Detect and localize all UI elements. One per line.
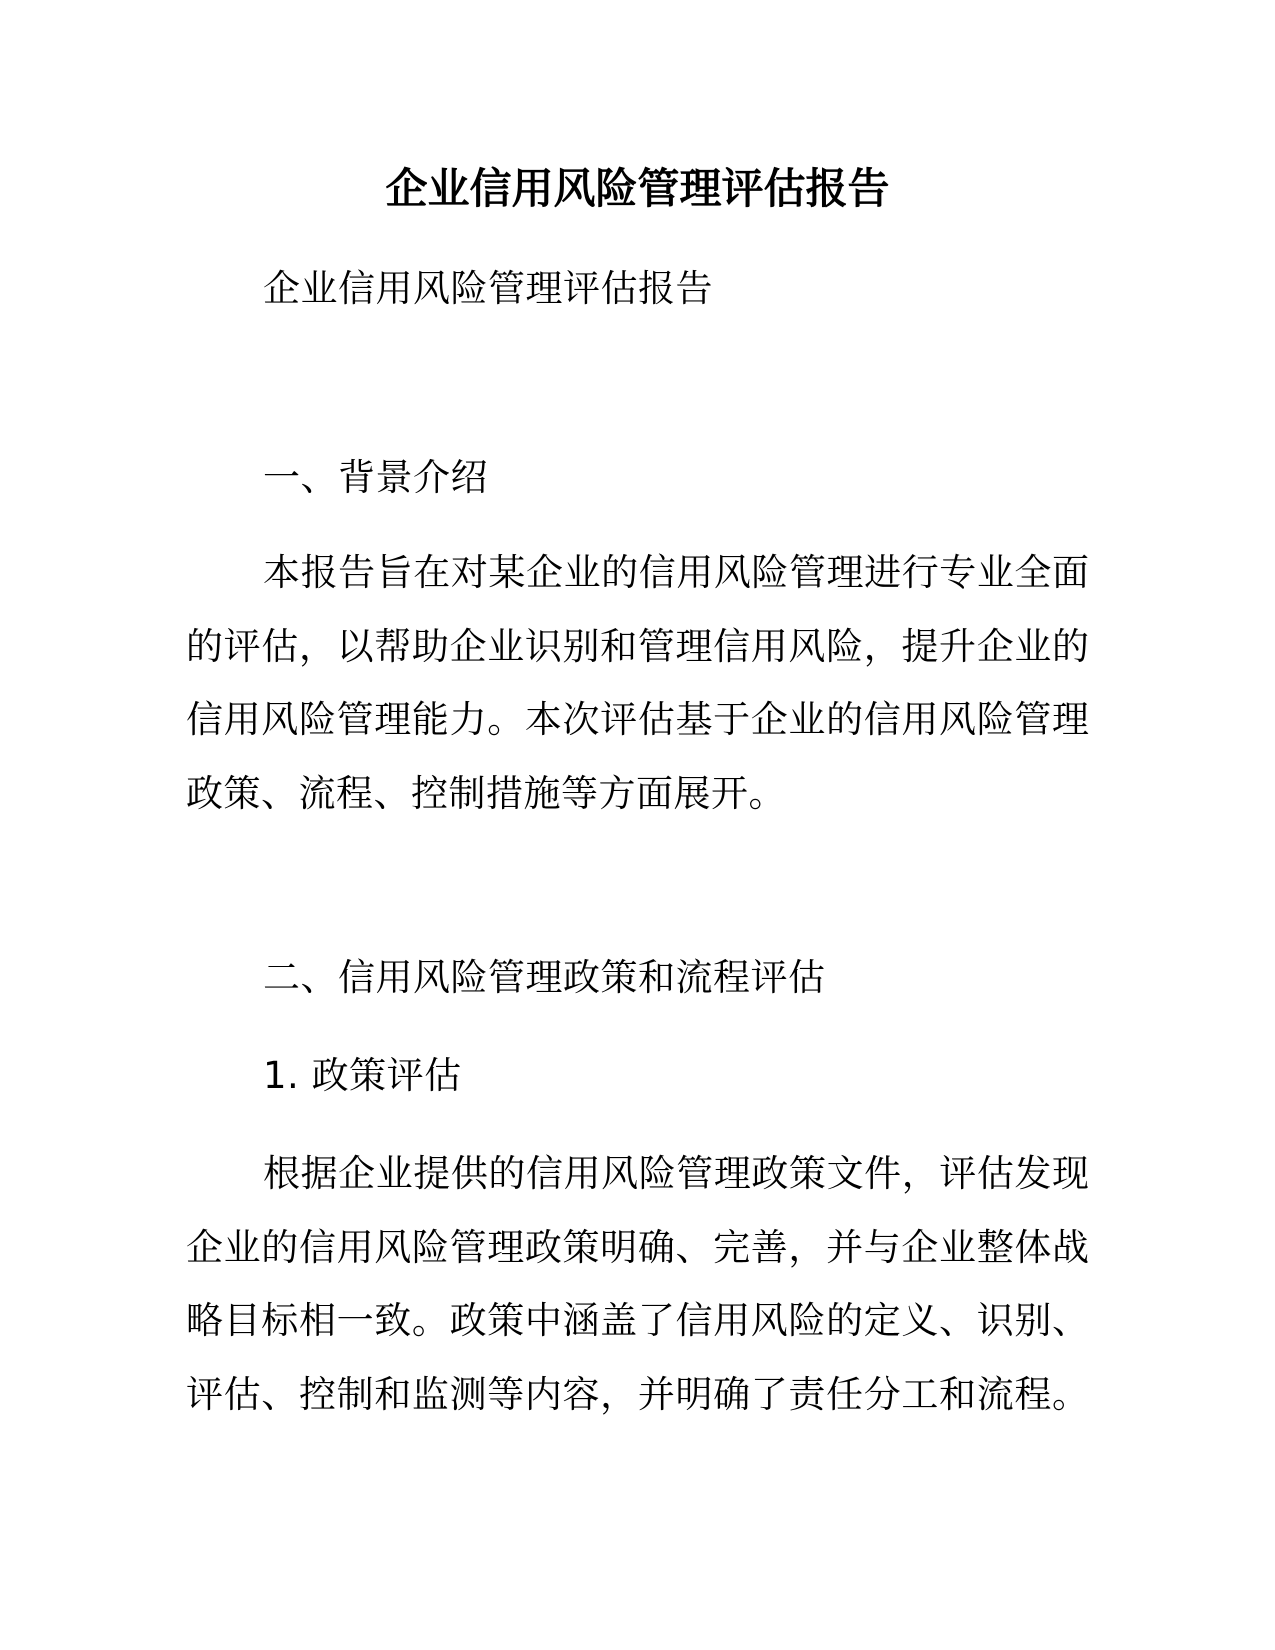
paragraph-line: 企业的信用风险管理政策明确、完善，并与企业整体战 — [186, 1211, 1089, 1285]
section-1-heading-block: 一、背景介绍 — [186, 441, 1089, 515]
section-1-heading: 一、背景介绍 — [186, 441, 1089, 515]
section-2-subheading-block: 1. 政策评估 — [186, 1039, 1089, 1113]
section-2-heading: 二、信用风险管理政策和流程评估 — [186, 941, 1089, 1015]
paragraph-line: 略目标相一致。政策中涵盖了信用风险的定义、识别、 — [186, 1284, 1089, 1358]
document-page: 企业信用风险管理评估报告 企业信用风险管理评估报告 一、背景介绍 本报告旨在对某… — [0, 0, 1275, 1650]
paragraph-line: 信用风险管理能力。本次评估基于企业的信用风险管理 — [186, 683, 1089, 757]
section-2-heading-block: 二、信用风险管理政策和流程评估 — [186, 941, 1089, 1015]
subtitle-line: 企业信用风险管理评估报告 — [186, 252, 1089, 326]
paragraph-line: 根据企业提供的信用风险管理政策文件，评估发现 — [186, 1137, 1089, 1211]
paragraph-line: 政策、流程、控制措施等方面展开。 — [186, 757, 1089, 831]
paragraph-line: 的评估，以帮助企业识别和管理信用风险，提升企业的 — [186, 610, 1089, 684]
section-2-paragraph: 根据企业提供的信用风险管理政策文件，评估发现 企业的信用风险管理政策明确、完善，… — [186, 1137, 1089, 1431]
section-1-paragraph: 本报告旨在对某企业的信用风险管理进行专业全面 的评估，以帮助企业识别和管理信用风… — [186, 536, 1089, 830]
paragraph-line: 本报告旨在对某企业的信用风险管理进行专业全面 — [186, 536, 1089, 610]
paragraph-line: 评估、控制和监测等内容，并明确了责任分工和流程。 — [186, 1358, 1089, 1432]
subsection-heading: 1. 政策评估 — [186, 1039, 1089, 1113]
subtitle-paragraph: 企业信用风险管理评估报告 — [186, 252, 1089, 326]
document-title: 企业信用风险管理评估报告 — [0, 152, 1275, 226]
